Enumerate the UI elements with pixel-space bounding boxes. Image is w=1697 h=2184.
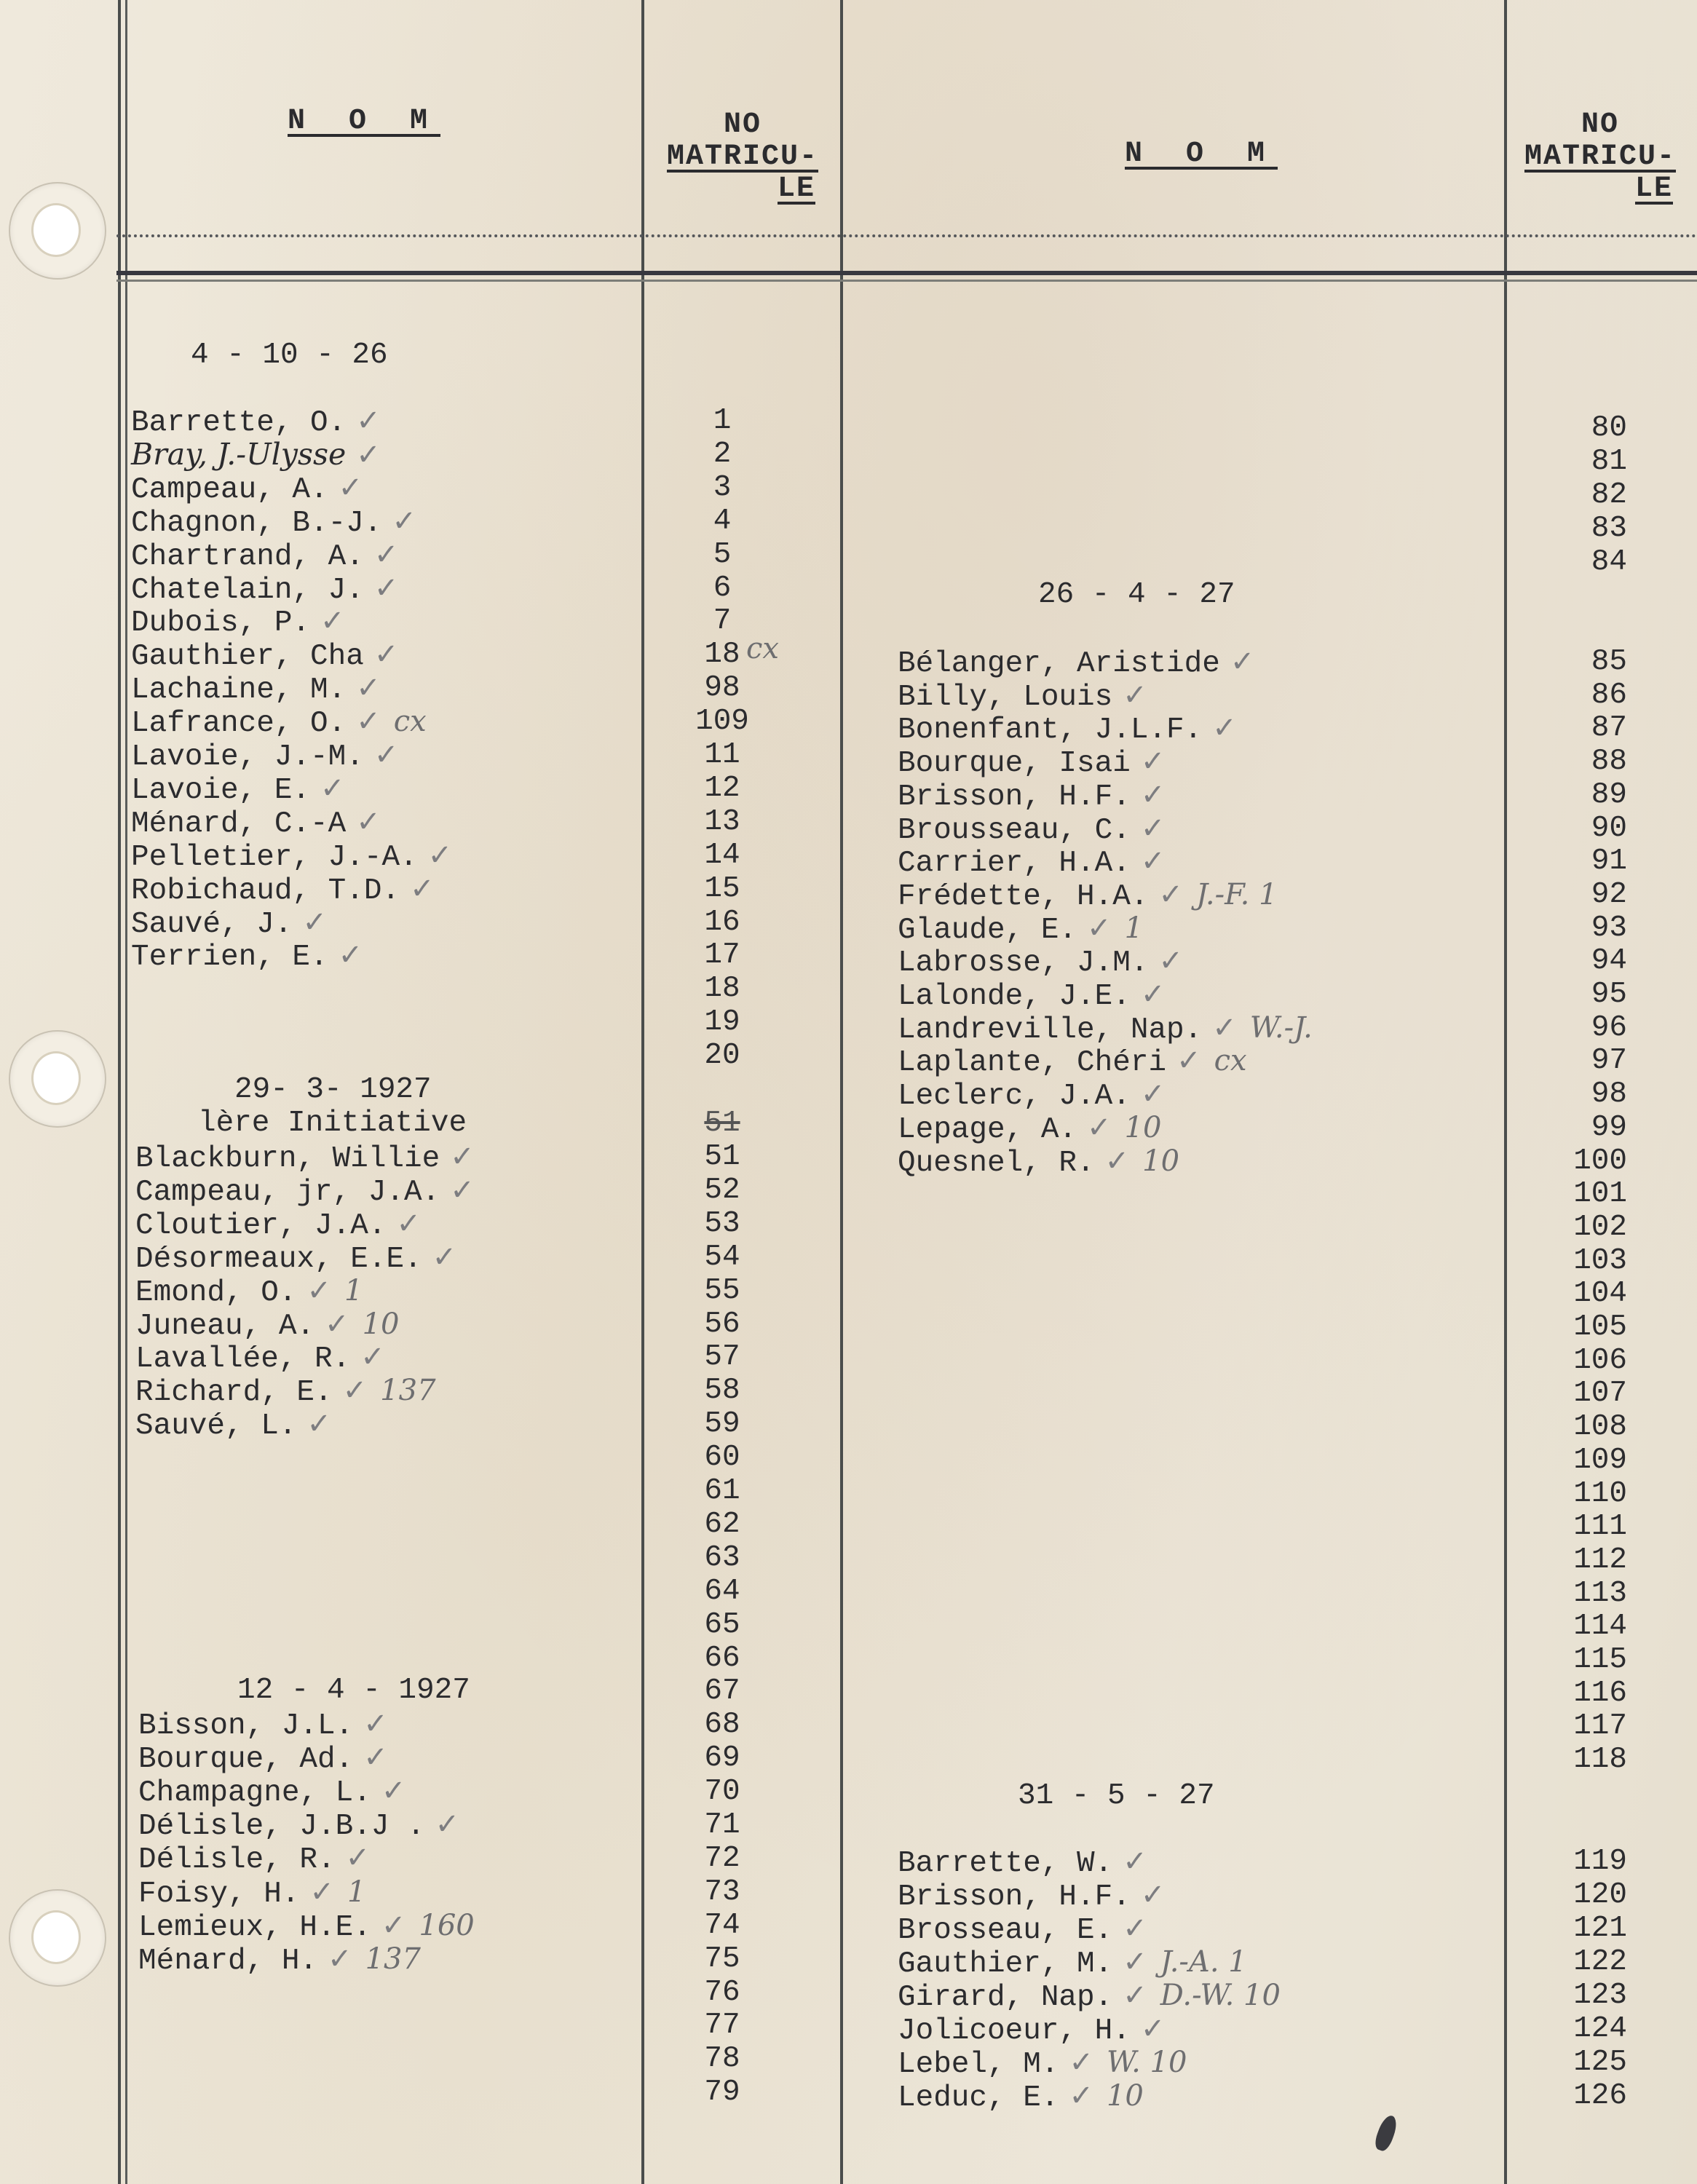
matricule-number: 71 (679, 1808, 766, 1842)
matricule-number: 66 (679, 1642, 766, 1675)
checkmark-icon: ✓ (302, 906, 327, 939)
binder-hole-bottom (9, 1889, 106, 1987)
list-item: Richard, E.✓137 (135, 1374, 436, 1409)
section-date: 4 - 10 - 26 (191, 339, 388, 372)
checkmark-icon: ✓ (1141, 844, 1166, 878)
checkmark-icon: ✓ (1212, 1011, 1237, 1045)
list-item: Lebel, M.✓W. 10 (898, 2046, 1187, 2081)
matricule-number: 18 (679, 972, 766, 1005)
handwritten-note: 160 (419, 1909, 474, 1942)
member-name: Robichaud, T.D. (131, 874, 400, 908)
matricule-number-struck: 51 (679, 1107, 766, 1140)
handwritten-note: cx (394, 705, 427, 738)
matricule-number: 80 (1525, 411, 1627, 445)
matricule-number: 75 (679, 1942, 766, 1976)
member-name: Barrette, W. (898, 1847, 1112, 1880)
member-name: Barrette, O. (131, 406, 346, 440)
list-item: Emond, O.✓1 (135, 1274, 363, 1310)
matricule-number: 102 (1525, 1211, 1627, 1244)
checkmark-icon: ✓ (1230, 645, 1255, 678)
member-name: Jolicoeur, H. (898, 2014, 1131, 2048)
list-item: Barrette, W.✓ (898, 1845, 1147, 1880)
list-item: Ménard, C.-A✓ (131, 805, 381, 841)
matricule-number: 85 (1525, 645, 1627, 678)
member-name: Bray, J.-Ulysse (131, 437, 346, 472)
handwritten-note: 10 (363, 1307, 400, 1341)
member-name: Lavoie, E. (131, 774, 310, 807)
checkmark-icon: ✓ (435, 1808, 460, 1841)
checkmark-icon: ✓ (1141, 812, 1166, 845)
checkmark-icon: ✓ (356, 404, 381, 438)
member-name: Glaude, E. (898, 914, 1077, 947)
checkmark-icon: ✓ (1141, 778, 1166, 812)
checkmark-icon: ✓ (320, 604, 345, 638)
list-item: Bisson, J.L.✓ (138, 1707, 388, 1743)
list-item: Délisle, R.✓ (138, 1841, 370, 1877)
matricule-number: 63 (679, 1541, 766, 1575)
matricule-number: 99 (1525, 1111, 1627, 1144)
member-name: Emond, O. (135, 1276, 296, 1310)
checkmark-icon: ✓ (339, 471, 363, 505)
header-right-nom: N O M (1092, 138, 1310, 170)
matricule-number: 56 (679, 1307, 766, 1341)
list-item: Glaude, E.✓1 (898, 911, 1143, 947)
list-item: Bourque, Isai✓ (898, 745, 1165, 780)
section-date: 31 - 5 - 27 (1018, 1779, 1215, 1813)
handwritten-note: W.-J. (1250, 1011, 1313, 1045)
matricule-number: 14 (679, 839, 766, 872)
matricule-number: 94 (1525, 944, 1627, 978)
member-name: Bisson, J.L. (138, 1709, 353, 1743)
matricule-number: 84 (1525, 545, 1627, 579)
matricule-number: 87 (1525, 711, 1627, 745)
checkmark-icon: ✓ (343, 1374, 368, 1407)
list-item: Champagne, L.✓ (138, 1774, 406, 1810)
list-item: Frédette, H.A.✓J.-F. 1 (898, 878, 1278, 914)
member-name: Lavoie, J.-M. (131, 740, 364, 774)
checkmark-icon: ✓ (1158, 944, 1183, 978)
section-date: 26 - 4 - 27 (1038, 578, 1235, 612)
list-item: Lachaine, M.✓ (131, 671, 381, 707)
matricule-number: 72 (679, 1842, 766, 1875)
list-item: Délisle, J.B.J .✓ (138, 1808, 459, 1843)
member-name: Landreville, Nap. (898, 1013, 1202, 1047)
list-item: Carrier, H.A.✓ (898, 844, 1165, 880)
member-name: Carrier, H.A. (898, 847, 1131, 880)
member-name: Blackburn, Willie (135, 1142, 440, 1176)
checkmark-icon: ✓ (1123, 1979, 1147, 2012)
matricule-number: 97 (1525, 1044, 1627, 1077)
matricule-number: 79 (679, 2076, 766, 2109)
member-name: Sauvé, L. (135, 1409, 296, 1443)
handwritten-note: 10 (1142, 1144, 1179, 1178)
matricule-number: 113 (1525, 1577, 1627, 1610)
matricule-number: 114 (1525, 1610, 1627, 1643)
handwritten-note: 137 (365, 1942, 421, 1976)
list-item: Bray, J.-Ulysse✓ (131, 438, 381, 474)
checkmark-icon: ✓ (1141, 2012, 1166, 2046)
handwritten-note: 1 (344, 1274, 363, 1307)
member-name: Ménard, C.-A (131, 807, 346, 841)
member-name: Gauthier, M. (898, 1947, 1112, 1981)
matricule-number: 121 (1525, 1912, 1627, 1945)
member-name: Pelletier, J.-A. (131, 841, 418, 874)
checkmark-icon: ✓ (1123, 1945, 1147, 1979)
matricule-number: 100 (1525, 1144, 1627, 1178)
list-item: Désormeaux, E.E.✓ (135, 1241, 456, 1276)
list-item: Robichaud, T.D.✓ (131, 872, 435, 908)
matricule-number: 101 (1525, 1177, 1627, 1211)
header-right-matricule: NO MATRICU- LE (1513, 109, 1688, 205)
handwritten-note: 10 (1107, 2079, 1144, 2113)
member-name: Chartrand, A. (131, 540, 364, 574)
list-item: Lavoie, E.✓ (131, 772, 345, 807)
list-item: Bélanger, Aristide✓ (898, 645, 1254, 681)
member-name: Dubois, P. (131, 606, 310, 640)
matricule-number: 70 (679, 1775, 766, 1808)
checkmark-icon: ✓ (1158, 878, 1183, 911)
handwritten-note: W. 10 (1107, 2046, 1187, 2079)
list-item: Campeau, jr, J.A.✓ (135, 1174, 475, 1209)
member-name: Richard, E. (135, 1376, 333, 1409)
member-name: Lemieux, H.E. (138, 1911, 371, 1944)
member-name: Lalonde, J.E. (898, 980, 1131, 1013)
matricule-number: 78 (679, 2042, 766, 2076)
list-item: Lalonde, J.E.✓ (898, 978, 1165, 1013)
checkmark-icon: ✓ (363, 1707, 388, 1741)
checkmark-icon: ✓ (381, 1909, 406, 1942)
matricule-number: 20 (679, 1039, 766, 1072)
list-item: Leduc, E.✓10 (898, 2079, 1144, 2115)
member-name: Frédette, H.A. (898, 880, 1148, 914)
rule-left-margin-inner (125, 0, 127, 2184)
checkmark-icon: ✓ (320, 772, 345, 805)
checkmark-icon: ✓ (1087, 911, 1112, 945)
member-name: Brisson, H.F. (898, 1880, 1131, 1914)
checkmark-icon: ✓ (339, 938, 363, 972)
list-item: Lemieux, H.E.✓160 (138, 1909, 475, 1944)
matricule-number: 112 (1525, 1543, 1627, 1577)
matricule-number: 98 (679, 671, 766, 705)
matricule-number: 109 (1525, 1444, 1627, 1477)
matricule-number: 109 (679, 705, 766, 738)
checkmark-icon: ✓ (306, 1407, 331, 1441)
checkmark-icon: ✓ (374, 738, 399, 772)
member-name: Terrien, E. (131, 941, 328, 974)
member-name: Lavallée, R. (135, 1342, 350, 1376)
matricule-number: 98 (1525, 1077, 1627, 1111)
matricule-number: 52 (679, 1174, 766, 1207)
matricule-number: 12 (679, 772, 766, 805)
matricule-number: 115 (1525, 1643, 1627, 1677)
list-item: Brousseau, C.✓ (898, 812, 1165, 847)
list-item: Quesnel, R.✓10 (898, 1144, 1179, 1180)
member-name: Lebel, M. (898, 2048, 1059, 2081)
handwritten-note: 1 (1125, 911, 1143, 945)
matricule-number: 51 (679, 1140, 766, 1174)
matricule-number: 81 (1525, 445, 1627, 478)
member-name: Foisy, H. (138, 1878, 299, 1911)
checkmark-icon: ✓ (1123, 678, 1147, 712)
checkmark-icon: ✓ (432, 1241, 457, 1274)
checkmark-icon: ✓ (1069, 2046, 1093, 2079)
member-name: Délisle, J.B.J . (138, 1810, 425, 1843)
matricule-number: 110 (1525, 1477, 1627, 1511)
matricule-number: 11 (679, 738, 766, 772)
binder-hole-middle (9, 1030, 106, 1128)
list-item: Brisson, H.F.✓ (898, 1878, 1165, 1914)
list-item: Sauvé, J.✓ (131, 906, 327, 941)
list-item: Chatelain, J.✓ (131, 571, 398, 607)
rule-col3-col4 (1504, 0, 1507, 2184)
checkmark-icon: ✓ (356, 805, 381, 839)
header-left-matricule: NO MATRICU- LE (655, 109, 830, 205)
checkmark-icon: ✓ (1141, 745, 1166, 778)
matricule-number: 4 (679, 505, 766, 538)
member-name: Leduc, E. (898, 2081, 1059, 2115)
matricule-number: 60 (679, 1441, 766, 1474)
matricule-number: 73 (679, 1875, 766, 1909)
matricule-number: 64 (679, 1575, 766, 1608)
member-name: Billy, Louis (898, 681, 1112, 714)
checkmark-icon: ✓ (428, 839, 453, 872)
matricule-number: 108 (1525, 1410, 1627, 1444)
member-name: Lepage, A. (898, 1113, 1077, 1147)
matricule-number: 96 (1525, 1011, 1627, 1045)
member-name: Champagne, L. (138, 1776, 371, 1810)
rule-left-margin (118, 0, 121, 2184)
checkmark-icon: ✓ (325, 1307, 349, 1341)
handwritten-note: 10 (1125, 1111, 1162, 1144)
matricule-number: 90 (1525, 812, 1627, 845)
matricule-number: 119 (1525, 1845, 1627, 1878)
list-item: Juneau, A.✓10 (135, 1307, 399, 1343)
list-item: Barrette, O.✓ (131, 404, 381, 440)
checkmark-icon: ✓ (1141, 1878, 1166, 1912)
handwritten-note: cx (746, 632, 779, 665)
checkmark-icon: ✓ (392, 505, 416, 538)
member-name: Désormeaux, E.E. (135, 1243, 422, 1276)
handwritten-note: 137 (380, 1374, 435, 1407)
member-name: Lachaine, M. (131, 673, 346, 707)
list-item: Lavoie, J.-M.✓ (131, 738, 398, 774)
list-item: Lafrance, O.✓cx (131, 705, 427, 740)
handwritten-note: J.-F. 1 (1196, 878, 1278, 911)
member-name: Brousseau, C. (898, 814, 1131, 847)
rule-col2-col3 (840, 0, 843, 2184)
matricule-number: 77 (679, 2009, 766, 2042)
matricule-number: 91 (1525, 844, 1627, 878)
section-subtitle: lère Initiative (198, 1107, 467, 1140)
header-left-matricu: MATRICU- (667, 141, 818, 173)
matricule-number: 55 (679, 1274, 766, 1307)
member-name: Chatelain, J. (131, 574, 364, 607)
checkmark-icon: ✓ (396, 1207, 421, 1241)
checkmark-icon: ✓ (360, 1340, 385, 1374)
member-name: Bélanger, Aristide (898, 647, 1220, 681)
member-name: Bonenfant, J.L.F. (898, 713, 1202, 747)
list-item: Lepage, A.✓10 (898, 1111, 1161, 1147)
list-item: Landreville, Nap.✓W.-J. (898, 1011, 1313, 1047)
matricule-number: 62 (679, 1508, 766, 1541)
matricule-number: 125 (1525, 2046, 1627, 2079)
handwritten-note: D.-W. 10 (1160, 1979, 1281, 2012)
matricule-number: 118 (1525, 1743, 1627, 1776)
matricule-number: 13 (679, 805, 766, 839)
member-name: Brisson, H.F. (898, 780, 1131, 814)
list-item: Girard, Nap.✓D.-W. 10 (898, 1979, 1281, 2014)
member-name: Délisle, R. (138, 1843, 336, 1877)
header-thick-rule (116, 271, 1697, 275)
matricule-number: 76 (679, 1976, 766, 2009)
checkmark-icon: ✓ (356, 671, 381, 705)
checkmark-icon: ✓ (363, 1741, 388, 1774)
list-item: Dubois, P.✓ (131, 604, 345, 640)
handwritten-note: 1 (347, 1875, 365, 1909)
member-name: Brosseau, E. (898, 1914, 1112, 1947)
member-name: Bourque, Isai (898, 747, 1131, 780)
member-name: Labrosse, J.M. (898, 946, 1148, 980)
checkmark-icon: ✓ (1123, 1845, 1147, 1878)
handwritten-note: J.-A. 1 (1160, 1945, 1247, 1979)
checkmark-icon: ✓ (1212, 711, 1237, 745)
list-item: Billy, Louis✓ (898, 678, 1147, 714)
list-item: Chagnon, B.-J.✓ (131, 505, 416, 540)
header-dotted-rule (116, 234, 1697, 237)
list-item: Gauthier, M.✓J.-A. 1 (898, 1945, 1247, 1981)
list-item: Bourque, Ad.✓ (138, 1741, 388, 1776)
checkmark-icon: ✓ (1105, 1144, 1130, 1178)
matricule-number: 92 (1525, 878, 1627, 911)
matricule-number: 104 (1525, 1277, 1627, 1310)
checkmark-icon: ✓ (306, 1274, 331, 1307)
list-item: Leclerc, J.A.✓ (898, 1077, 1165, 1113)
list-item: Pelletier, J.-A.✓ (131, 839, 452, 874)
matricule-number: 2 (679, 438, 766, 471)
matricule-number: 107 (1525, 1377, 1627, 1410)
checkmark-icon: ✓ (450, 1140, 475, 1174)
matricule-number: 1 (679, 404, 766, 438)
matricule-number: 124 (1525, 2012, 1627, 2046)
list-item: Brisson, H.F.✓ (898, 778, 1165, 814)
member-name: Campeau, jr, J.A. (135, 1176, 440, 1209)
header-left-nom: N O M (255, 106, 473, 138)
list-item: Brosseau, E.✓ (898, 1912, 1147, 1947)
member-name: Gauthier, Cha (131, 640, 364, 673)
checkmark-icon: ✓ (374, 638, 399, 671)
matricule-number: 89 (1525, 778, 1627, 812)
header-left-le: LE (778, 173, 815, 205)
binder-hole-top (9, 182, 106, 280)
matricule-number: 117 (1525, 1709, 1627, 1743)
checkmark-icon: ✓ (1123, 1912, 1147, 1945)
checkmark-icon: ✓ (356, 438, 381, 472)
matricule-number: 74 (679, 1909, 766, 1942)
checkmark-icon: ✓ (328, 1942, 352, 1976)
matricule-number: 116 (1525, 1677, 1627, 1710)
matricule-number: 95 (1525, 978, 1627, 1011)
checkmark-icon: ✓ (1087, 1111, 1112, 1144)
list-item: Sauvé, L.✓ (135, 1407, 331, 1443)
list-item: Terrien, E.✓ (131, 938, 363, 974)
checkmark-icon: ✓ (346, 1841, 371, 1875)
list-item: Laplante, Chéri✓cx (898, 1044, 1247, 1080)
list-item: Ménard, H.✓137 (138, 1942, 421, 1978)
member-name: Bourque, Ad. (138, 1743, 353, 1776)
handwritten-note: cx (1214, 1044, 1247, 1077)
matricule-number: 120 (1525, 1878, 1627, 1912)
rule-col1-col2 (641, 0, 644, 2184)
member-name: Leclerc, J.A. (898, 1080, 1131, 1113)
checkmark-icon: ✓ (356, 705, 381, 738)
matricule-number: 19 (679, 1005, 766, 1039)
matricule-number: 67 (679, 1674, 766, 1708)
member-name: Sauvé, J. (131, 908, 292, 941)
list-item: Blackburn, Willie✓ (135, 1140, 475, 1176)
matricule-number: 88 (1525, 745, 1627, 778)
matricule-number: 6 (679, 571, 766, 605)
matricule-number: 3 (679, 471, 766, 505)
matricule-number: 15 (679, 872, 766, 906)
list-item: Bonenfant, J.L.F.✓ (898, 711, 1237, 747)
checkmark-icon: ✓ (1141, 978, 1166, 1011)
checkmark-icon: ✓ (309, 1875, 334, 1909)
checkmark-icon: ✓ (1141, 1077, 1166, 1111)
list-item: Cloutier, J.A.✓ (135, 1207, 421, 1243)
list-item: Labrosse, J.M.✓ (898, 944, 1183, 980)
matricule-number: 5 (679, 538, 766, 571)
header-right-no: NO (1513, 109, 1688, 141)
matricule-number: 83 (1525, 512, 1627, 545)
header-right-le: LE (1635, 173, 1673, 205)
member-name: Laplante, Chéri (898, 1046, 1166, 1080)
member-name: Campeau, A. (131, 473, 328, 507)
matricule-number: 86 (1525, 678, 1627, 712)
matricule-number: 65 (679, 1608, 766, 1642)
matricule-number: 58 (679, 1374, 766, 1407)
list-item: Gauthier, Cha✓ (131, 638, 398, 673)
member-name: Cloutier, J.A. (135, 1209, 386, 1243)
matricule-number: 53 (679, 1207, 766, 1241)
matricule-number: 17 (679, 938, 766, 972)
list-item: Foisy, H.✓1 (138, 1875, 365, 1911)
matricule-number: 69 (679, 1741, 766, 1775)
checkmark-icon: ✓ (410, 872, 435, 906)
matricule-number: 103 (1525, 1244, 1627, 1278)
matricule-number: 59 (679, 1407, 766, 1441)
matricule-number: 54 (679, 1241, 766, 1274)
checkmark-icon: ✓ (374, 571, 399, 605)
member-name: Chagnon, B.-J. (131, 507, 381, 540)
section-date: 29- 3- 1927 (234, 1073, 432, 1107)
matricule-number: 126 (1525, 2079, 1627, 2113)
header-left-no: NO (655, 109, 830, 141)
matricule-number: 82 (1525, 478, 1627, 512)
matricule-number: 105 (1525, 1310, 1627, 1344)
matricule-number: 122 (1525, 1945, 1627, 1979)
matricule-number: 106 (1525, 1344, 1627, 1377)
matricule-number: 123 (1525, 1979, 1627, 2012)
member-name: Lafrance, O. (131, 707, 346, 740)
checkmark-icon: ✓ (374, 538, 399, 571)
matricule-number: 57 (679, 1340, 766, 1374)
matricule-number: 61 (679, 1474, 766, 1508)
matricule-number: 68 (679, 1708, 766, 1741)
matricule-number: 93 (1525, 911, 1627, 945)
member-name: Quesnel, R. (898, 1147, 1095, 1180)
checkmark-icon: ✓ (1069, 2079, 1093, 2113)
list-item: Lavallée, R.✓ (135, 1340, 385, 1376)
